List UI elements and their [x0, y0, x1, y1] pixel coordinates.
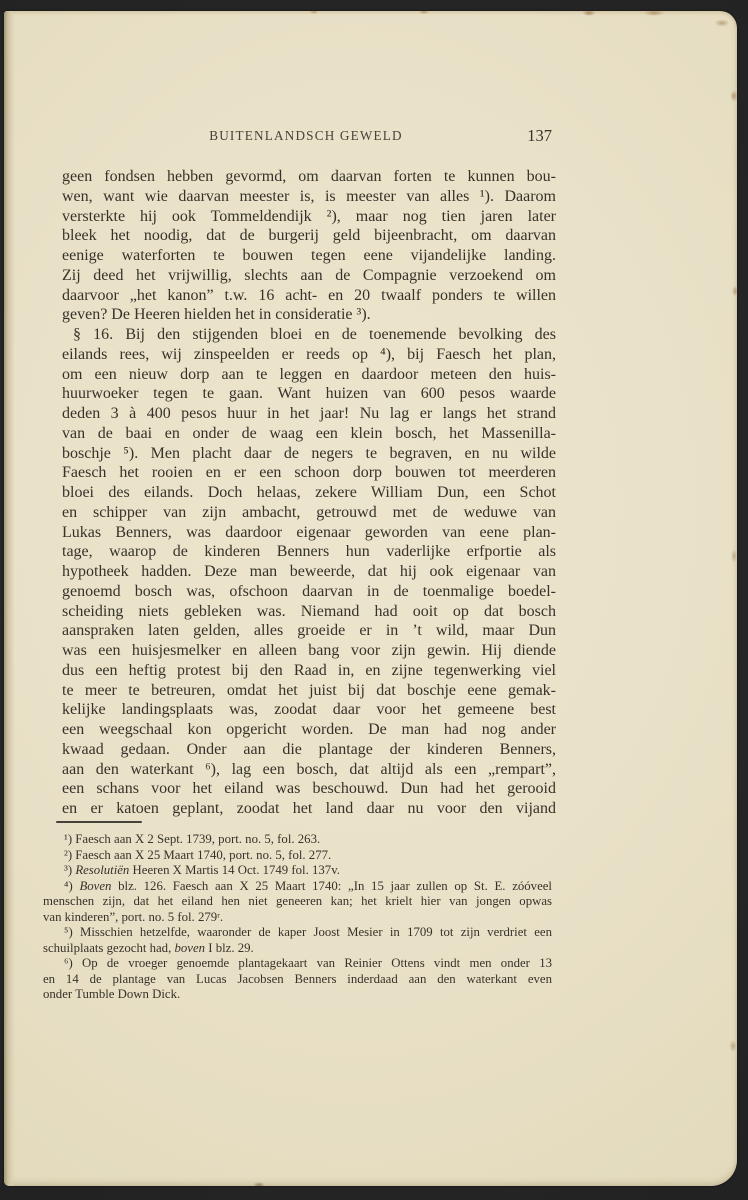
text-line: ²) Faesch aan X 25 Maart 1740, port. no.… — [43, 848, 552, 864]
text-line: wen, want wie daarvan meester is, is mee… — [62, 187, 556, 207]
text-line: onder Tumble Down Dick. — [43, 987, 552, 1003]
text-line: een weegschaal kon opgericht worden. De … — [62, 720, 556, 740]
running-header: BUITENLANDSCH GEWELD 137 — [60, 128, 552, 148]
page-number: 137 — [527, 126, 552, 146]
body-text: geen fondsen hebben gevormd, om daarvan … — [62, 167, 556, 819]
text-line: en schipper van zijn ambacht, getrouwd m… — [62, 503, 556, 523]
text-line: bloei des eilands. Doch helaas, zekere W… — [62, 483, 556, 503]
text-line: en 14 de plantage van Lucas Jacobsen Ben… — [43, 972, 552, 988]
text-line: ⁶) Op de vroeger genoemde plantagekaart … — [43, 956, 552, 972]
text-line: van de baai en onder de waag een klein b… — [62, 424, 556, 444]
text-line: scheiding niets gebleken was. Niemand ha… — [62, 602, 556, 622]
text-line: aan den waterkant ⁶), lag een bosch, dat… — [62, 760, 556, 780]
text-line: ¹) Faesch aan X 2 Sept. 1739, port. no. … — [43, 832, 552, 848]
text-line: deden 3 à 400 pesos huur in het jaar! Nu… — [62, 404, 556, 424]
text-line: kelijke landingsplaats was, zoodat daar … — [62, 700, 556, 720]
text-line: eilands rees, wij zinspeelden er reeds o… — [62, 345, 556, 365]
text-line: schuilplaats gezocht had, boven I blz. 2… — [43, 941, 552, 957]
text-line: eenige waterforten te bouwen tegen eene … — [62, 246, 556, 266]
text-line: en er katoen geplant, zoodat het land da… — [62, 799, 556, 819]
text-line: § 16. Bij den stijgenden bloei en de toe… — [62, 325, 556, 345]
text-line: hypotheek hadden. Deze man beweerde, dat… — [62, 562, 556, 582]
text-line: te meer te betreuren, omdat het juist bi… — [62, 681, 556, 701]
footnote-separator — [56, 821, 142, 823]
running-title: BUITENLANDSCH GEWELD — [60, 128, 552, 144]
text-line: ³) Resolutiën Heeren X Martis 14 Oct. 17… — [43, 863, 552, 879]
text-line: versterkte hij ook Tommeldendijk ²), maa… — [62, 207, 556, 227]
text-line: bleek het noodig, dat de burgerij geld b… — [62, 226, 556, 246]
text-line: een schans voor het eiland was beschouwd… — [62, 779, 556, 799]
text-line: boschje ⁵). Men placht daar de negers te… — [62, 444, 556, 464]
text-line: ⁵) Misschien hetzelfde, waaronder de kap… — [43, 925, 552, 941]
text-line: ⁴) Boven blz. 126. Faesch aan X 25 Maart… — [43, 879, 552, 895]
text-line: menschen zijn, dat het eiland hen niet g… — [43, 894, 552, 910]
text-line: tage, waarop de kinderen Benners hun vad… — [62, 542, 556, 562]
book-page: BUITENLANDSCH GEWELD 137 geen fondsen he… — [4, 11, 737, 1186]
text-line: genoemd bosch was, ofschoon daarvan in d… — [62, 582, 556, 602]
text-line: huurwoeker tegen te gaan. Want huizen va… — [62, 384, 556, 404]
text-line: was een huisjesmelker en alleen bang voo… — [62, 641, 556, 661]
text-line: geen fondsen hebben gevormd, om daarvan … — [62, 167, 556, 187]
page-gutter-edge — [4, 11, 15, 1186]
text-line: kwaad gedaan. Onder aan die plantage der… — [62, 740, 556, 760]
text-line: om een nieuw dorp aan te leggen en daard… — [62, 365, 556, 385]
text-line: Faesch het rooien en er een schoon dorp … — [62, 463, 556, 483]
text-line: Lukas Benners, was daardoor eigenaar gew… — [62, 523, 556, 543]
text-line: dus een heftig protest bij den Raad in, … — [62, 661, 556, 681]
photo-background: BUITENLANDSCH GEWELD 137 geen fondsen he… — [0, 0, 748, 1200]
text-line: daarvoor „het kanon” t.w. 16 acht- en 20… — [62, 286, 556, 306]
text-line: aanspraken laten gelden, alles groeide e… — [62, 621, 556, 641]
footnotes: ¹) Faesch aan X 2 Sept. 1739, port. no. … — [43, 832, 552, 1003]
text-line: geven? De Heeren hielden het in consider… — [62, 305, 556, 325]
text-line: van kinderen”, port. no. 5 fol. 279ʳ. — [43, 910, 552, 926]
text-line: Zij deed het vrijwillig, slechts aan de … — [62, 266, 556, 286]
